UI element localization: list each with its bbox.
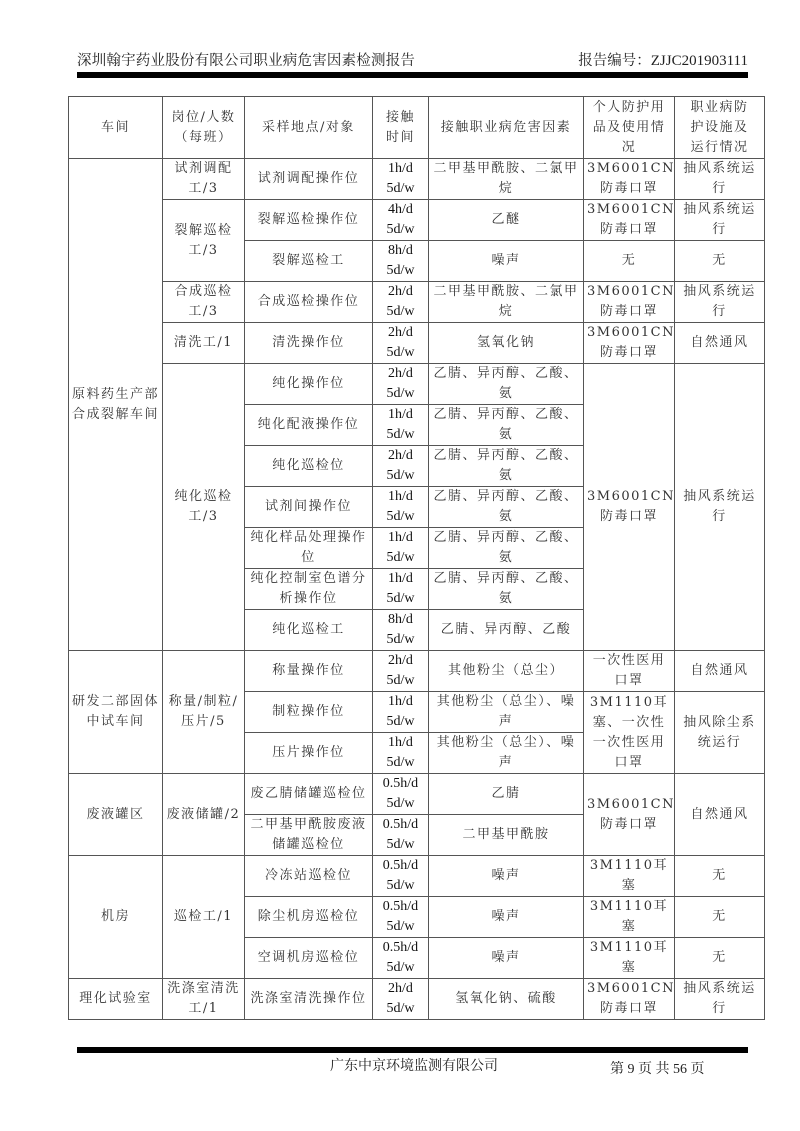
time-cell: 8h/d5d/w [373, 241, 429, 282]
table-row: 理化试验室 洗涤室清洗工/1 洗涤室清洗操作位 2h/d5d/w 氢氧化钠、硫酸… [69, 979, 765, 1020]
table-row: 废液罐区 废液储罐/2 废乙腈储罐巡检位 0.5h/d5d/w 乙腈 3M600… [69, 774, 765, 815]
time-cell: 1h/d5d/w [373, 692, 429, 733]
report-number-label: 报告编号： [578, 53, 651, 69]
time-cell: 0.5h/d5d/w [373, 897, 429, 938]
site-cell: 清洗操作位 [245, 323, 373, 364]
col-header-ppe: 个人防护用品及使用情况 [584, 97, 675, 159]
workshop-cell: 研发二部固体中试车间 [69, 651, 163, 774]
ppe-cell: 3M6001CN防毒口罩 [584, 323, 675, 364]
table-row: 研发二部固体中试车间 称量/制粒/压片/5 称量操作位 2h/d5d/w 其他粉… [69, 651, 765, 692]
site-cell: 称量操作位 [245, 651, 373, 692]
facility-cell: 抽风系统运行 [675, 159, 765, 200]
post-cell: 洗涤室清洗工/1 [163, 979, 245, 1020]
ppe-cell: 3M6001CN防毒口罩 [584, 774, 675, 856]
site-cell: 纯化样品处理操作位 [245, 528, 373, 569]
facility-cell: 无 [675, 241, 765, 282]
report-number-value: ZJJC201903111 [651, 53, 748, 69]
hazard-cell: 乙醚 [429, 200, 584, 241]
site-cell: 试剂调配操作位 [245, 159, 373, 200]
ppe-cell: 3M1110耳塞 [584, 856, 675, 897]
ppe-cell: 3M1110耳塞 [584, 938, 675, 979]
post-cell: 纯化巡检工/3 [163, 364, 245, 651]
facility-cell: 无 [675, 897, 765, 938]
time-cell: 2h/d5d/w [373, 651, 429, 692]
ppe-cell: 一次性医用口罩 [584, 651, 675, 692]
col-header-site: 采样地点/对象 [245, 97, 373, 159]
hazard-cell: 乙腈 [429, 774, 584, 815]
ppe-cell: 3M1110耳塞 [584, 897, 675, 938]
time-cell: 2h/d5d/w [373, 979, 429, 1020]
footer-rule [77, 1047, 748, 1053]
site-cell: 纯化配液操作位 [245, 405, 373, 446]
hazard-cell: 氢氧化钠 [429, 323, 584, 364]
site-cell: 制粒操作位 [245, 692, 373, 733]
ppe-cell: 3M6001CN防毒口罩 [584, 200, 675, 241]
table-row: 纯化巡检工/3 纯化操作位 2h/d5d/w 乙腈、异丙醇、乙酸、氨 3M600… [69, 364, 765, 405]
site-cell: 裂解巡检工 [245, 241, 373, 282]
post-cell: 巡检工/1 [163, 856, 245, 979]
time-cell: 1h/d5d/w [373, 405, 429, 446]
site-cell: 试剂间操作位 [245, 487, 373, 528]
hazard-cell: 噪声 [429, 938, 584, 979]
facility-cell: 自然通风 [675, 323, 765, 364]
time-cell: 2h/d5d/w [373, 323, 429, 364]
col-header-workshop: 车间 [69, 97, 163, 159]
facility-cell: 无 [675, 938, 765, 979]
hazard-cell: 乙腈、异丙醇、乙酸、氨 [429, 528, 584, 569]
hazard-cell: 其他粉尘（总尘）、噪声 [429, 692, 584, 733]
time-cell: 8h/d5d/w [373, 610, 429, 651]
post-cell: 裂解巡检工/3 [163, 200, 245, 282]
site-cell: 空调机房巡检位 [245, 938, 373, 979]
post-cell: 称量/制粒/压片/5 [163, 651, 245, 774]
facility-cell: 自然通风 [675, 774, 765, 856]
ppe-cell: 3M6001CN防毒口罩 [584, 979, 675, 1020]
hazard-cell: 其他粉尘（总尘）、噪声 [429, 733, 584, 774]
table-row: 裂解巡检工/3 裂解巡检操作位 4h/d5d/w 乙醚 3M6001CN防毒口罩… [69, 200, 765, 241]
post-cell: 废液储罐/2 [163, 774, 245, 856]
post-cell: 清洗工/1 [163, 323, 245, 364]
site-cell: 裂解巡检操作位 [245, 200, 373, 241]
site-cell: 除尘机房巡检位 [245, 897, 373, 938]
footer-company: 广东中京环境监测有限公司 [330, 1055, 498, 1075]
hazard-cell: 二甲基甲酰胺 [429, 815, 584, 856]
ppe-cell: 3M6001CN防毒口罩 [584, 159, 675, 200]
ppe-cell: 3M1110耳塞、一次性一次性医用口罩 [584, 692, 675, 774]
hazard-table: 车间 岗位/人数（每班） 采样地点/对象 接触时间 接触职业病危害因素 个人防护… [68, 96, 765, 1020]
time-cell: 4h/d5d/w [373, 200, 429, 241]
facility-cell: 自然通风 [675, 651, 765, 692]
time-cell: 1h/d5d/w [373, 487, 429, 528]
hazard-cell: 噪声 [429, 241, 584, 282]
col-header-facility: 职业病防护设施及运行情况 [675, 97, 765, 159]
ppe-cell: 3M6001CN防毒口罩 [584, 364, 675, 651]
site-cell: 合成巡检操作位 [245, 282, 373, 323]
site-cell: 纯化巡检工 [245, 610, 373, 651]
site-cell: 纯化控制室色谱分析操作位 [245, 569, 373, 610]
time-cell: 2h/d5d/w [373, 282, 429, 323]
time-cell: 1h/d5d/w [373, 733, 429, 774]
hazard-cell: 乙腈、异丙醇、乙酸、氨 [429, 364, 584, 405]
table-row: 合成巡检工/3 合成巡检操作位 2h/d5d/w 二甲基甲酰胺、二氯甲烷 3M6… [69, 282, 765, 323]
facility-cell: 抽风除尘系统运行 [675, 692, 765, 774]
time-cell: 0.5h/d5d/w [373, 774, 429, 815]
hazard-cell: 氢氧化钠、硫酸 [429, 979, 584, 1020]
hazard-cell: 噪声 [429, 856, 584, 897]
table-row: 清洗工/1 清洗操作位 2h/d5d/w 氢氧化钠 3M6001CN防毒口罩 自… [69, 323, 765, 364]
facility-cell: 抽风系统运行 [675, 282, 765, 323]
hazard-cell: 乙腈、异丙醇、乙酸、氨 [429, 446, 584, 487]
report-number: 报告编号：ZJJC201903111 [578, 49, 748, 70]
facility-cell: 无 [675, 856, 765, 897]
table-row: 机房 巡检工/1 冷冻站巡检位 0.5h/d5d/w 噪声 3M1110耳塞 无 [69, 856, 765, 897]
time-cell: 0.5h/d5d/w [373, 815, 429, 856]
table-header-row: 车间 岗位/人数（每班） 采样地点/对象 接触时间 接触职业病危害因素 个人防护… [69, 97, 765, 159]
col-header-post: 岗位/人数（每班） [163, 97, 245, 159]
hazard-cell: 乙腈、异丙醇、乙酸、氨 [429, 487, 584, 528]
page-number: 第 9 页 共 56 页 [610, 1058, 705, 1078]
workshop-cell: 理化试验室 [69, 979, 163, 1020]
ppe-cell: 无 [584, 241, 675, 282]
time-cell: 2h/d5d/w [373, 446, 429, 487]
facility-cell: 抽风系统运行 [675, 364, 765, 651]
post-cell: 合成巡检工/3 [163, 282, 245, 323]
table-row: 原料药生产部合成裂解车间 试剂调配工/3 试剂调配操作位 1h/d5d/w 二甲… [69, 159, 765, 200]
ppe-cell: 3M6001CN防毒口罩 [584, 282, 675, 323]
site-cell: 洗涤室清洗操作位 [245, 979, 373, 1020]
facility-cell: 抽风系统运行 [675, 200, 765, 241]
workshop-cell: 废液罐区 [69, 774, 163, 856]
site-cell: 压片操作位 [245, 733, 373, 774]
time-cell: 1h/d5d/w [373, 569, 429, 610]
hazard-cell: 乙腈、异丙醇、乙酸、氨 [429, 405, 584, 446]
time-cell: 2h/d5d/w [373, 364, 429, 405]
col-header-hazard: 接触职业病危害因素 [429, 97, 584, 159]
hazard-cell: 二甲基甲酰胺、二氯甲烷 [429, 159, 584, 200]
time-cell: 0.5h/d5d/w [373, 856, 429, 897]
site-cell: 二甲基甲酰胺废液储罐巡检位 [245, 815, 373, 856]
hazard-cell: 乙腈、异丙醇、乙酸、氨 [429, 569, 584, 610]
report-title: 深圳翰宇药业股份有限公司职业病危害因素检测报告 [77, 49, 415, 70]
col-header-time: 接触时间 [373, 97, 429, 159]
hazard-cell: 其他粉尘（总尘） [429, 651, 584, 692]
workshop-cell: 原料药生产部合成裂解车间 [69, 159, 163, 651]
header-rule [77, 72, 748, 78]
hazard-cell: 二甲基甲酰胺、二氯甲烷 [429, 282, 584, 323]
facility-cell: 抽风系统运行 [675, 979, 765, 1020]
time-cell: 1h/d5d/w [373, 528, 429, 569]
time-cell: 1h/d5d/w [373, 159, 429, 200]
site-cell: 冷冻站巡检位 [245, 856, 373, 897]
workshop-cell: 机房 [69, 856, 163, 979]
hazard-cell: 乙腈、异丙醇、乙酸 [429, 610, 584, 651]
site-cell: 纯化巡检位 [245, 446, 373, 487]
time-cell: 0.5h/d5d/w [373, 938, 429, 979]
site-cell: 废乙腈储罐巡检位 [245, 774, 373, 815]
hazard-cell: 噪声 [429, 897, 584, 938]
site-cell: 纯化操作位 [245, 364, 373, 405]
post-cell: 试剂调配工/3 [163, 159, 245, 200]
